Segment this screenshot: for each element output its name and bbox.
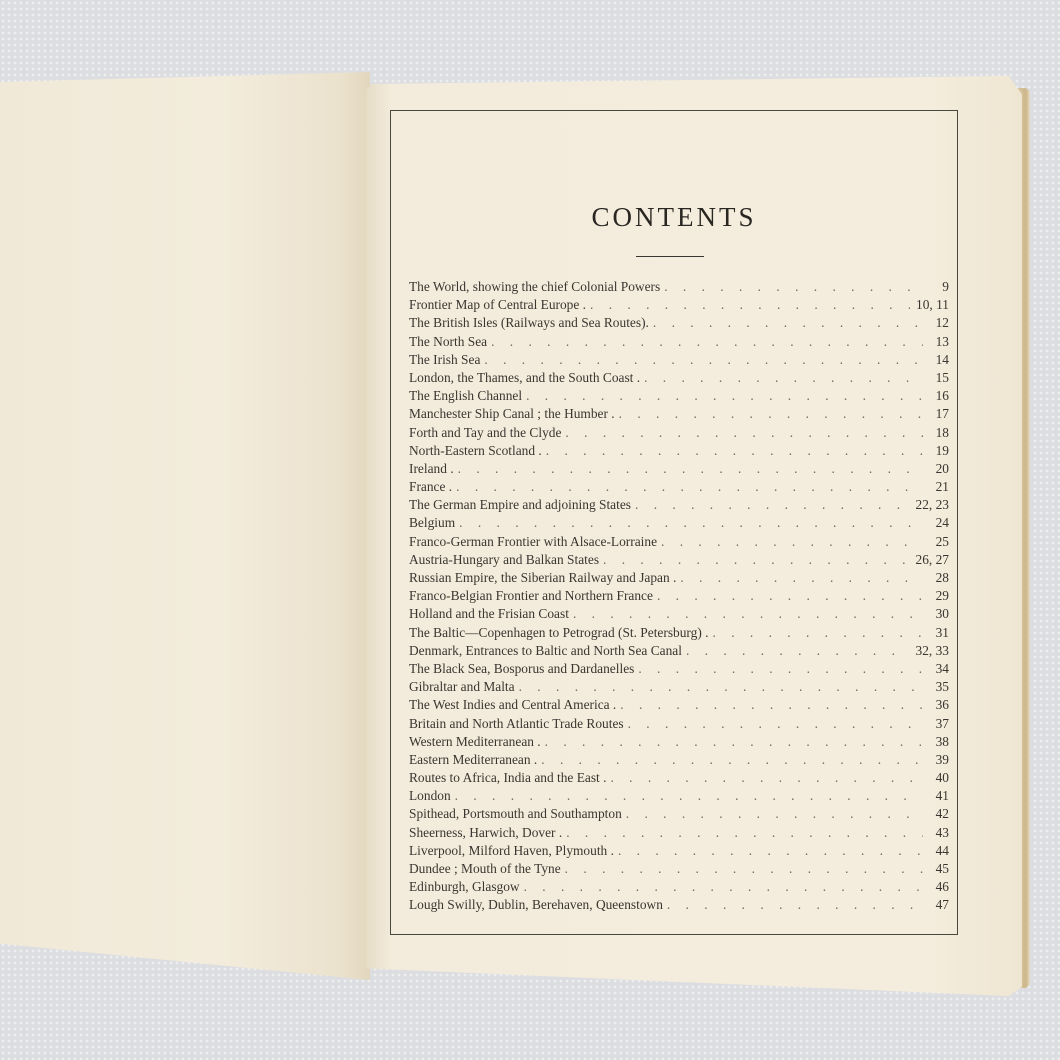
dot-leader (644, 369, 923, 387)
toc-entry-label: Austria-Hungary and Balkan States (409, 551, 603, 569)
dot-leader (565, 424, 923, 442)
toc-entry: Liverpool, Milford Haven, Plymouth .44 (409, 842, 949, 860)
toc-entry-label: Denmark, Entrances to Baltic and North S… (409, 642, 686, 660)
toc-entry-page-number: 10, 11 (910, 296, 949, 314)
toc-entry-page-number: 43 (923, 824, 949, 842)
toc-entry-page-number: 45 (923, 860, 949, 878)
toc-entry-label: The Baltic—Copenhagen to Petrograd (St. … (409, 624, 713, 642)
toc-entry: Manchester Ship Canal ; the Humber .17 (409, 405, 949, 423)
toc-entry: The Black Sea, Bosporus and Dardanelles3… (409, 660, 949, 678)
toc-entry-label: Sheerness, Harwich, Dover . (409, 824, 566, 842)
toc-entry-label: London (409, 787, 455, 805)
dot-leader (653, 314, 923, 332)
dot-leader (657, 587, 923, 605)
toc-entry: The English Channel16 (409, 387, 949, 405)
toc-entry-label: The German Empire and adjoining States (409, 496, 635, 514)
toc-entry-page-number: 21 (923, 478, 949, 496)
dot-leader (524, 878, 923, 896)
toc-entry: North-Eastern Scotland .19 (409, 442, 949, 460)
toc-entry-page-number: 13 (923, 333, 949, 351)
toc-entry-label: The West Indies and Central America . (409, 696, 620, 714)
toc-entry: Denmark, Entrances to Baltic and North S… (409, 642, 949, 660)
toc-entry: Sheerness, Harwich, Dover .43 (409, 824, 949, 842)
toc-entry-page-number: 14 (923, 351, 949, 369)
dot-leader (638, 660, 923, 678)
dot-leader (618, 842, 923, 860)
toc-entry-page-number: 37 (923, 715, 949, 733)
toc-entry-page-number: 46 (923, 878, 949, 896)
dot-leader (635, 496, 910, 514)
toc-entry-label: Britain and North Atlantic Trade Routes (409, 715, 628, 733)
toc-entry-page-number: 22, 23 (910, 496, 949, 514)
toc-entry: Routes to Africa, India and the East .40 (409, 769, 949, 787)
dot-leader (680, 569, 923, 587)
dot-leader (590, 296, 910, 314)
dot-leader (626, 805, 923, 823)
toc-entry-label: Ireland . (409, 460, 458, 478)
dot-leader (484, 351, 923, 369)
dot-leader (545, 733, 923, 751)
dot-leader (573, 605, 923, 623)
toc-entry-page-number: 28 (923, 569, 949, 587)
toc-entry-page-number: 42 (923, 805, 949, 823)
toc-entry-label: France . (409, 478, 456, 496)
toc-entry: Austria-Hungary and Balkan States26, 27 (409, 551, 949, 569)
contents-title: CONTENTS (390, 202, 958, 233)
toc-entry-label: Lough Swilly, Dublin, Berehaven, Queenst… (409, 896, 667, 914)
dot-leader (519, 678, 923, 696)
toc-entry-page-number: 41 (923, 787, 949, 805)
toc-entry-page-number: 39 (923, 751, 949, 769)
dot-leader (455, 787, 923, 805)
toc-entry-label: The Irish Sea (409, 351, 484, 369)
toc-entry: The North Sea13 (409, 333, 949, 351)
toc-entry-label: Gibraltar and Malta (409, 678, 519, 696)
toc-entry: Forth and Tay and the Clyde18 (409, 424, 949, 442)
toc-entry-page-number: 15 (923, 369, 949, 387)
toc-entry-page-number: 17 (923, 405, 949, 423)
toc-entry-label: Eastern Mediterranean . (409, 751, 541, 769)
toc-entry: The West Indies and Central America .36 (409, 696, 949, 714)
toc-entry-page-number: 44 (923, 842, 949, 860)
toc-entry-label: Russian Empire, the Siberian Railway and… (409, 569, 680, 587)
toc-entry-label: The World, showing the chief Colonial Po… (409, 278, 664, 296)
toc-entry-page-number: 38 (923, 733, 949, 751)
dot-leader (456, 478, 923, 496)
toc-entry-page-number: 35 (923, 678, 949, 696)
toc-entry: Franco-Belgian Frontier and Northern Fra… (409, 587, 949, 605)
toc-entry-page-number: 26, 27 (910, 551, 949, 569)
dot-leader (686, 642, 910, 660)
dot-leader (566, 824, 923, 842)
toc-entry-label: London, the Thames, and the South Coast … (409, 369, 644, 387)
toc-entry-label: Edinburgh, Glasgow (409, 878, 524, 896)
toc-entry-label: Holland and the Frisian Coast (409, 605, 573, 623)
toc-entry: The Baltic—Copenhagen to Petrograd (St. … (409, 624, 949, 642)
toc-entry-label: The British Isles (Railways and Sea Rout… (409, 314, 653, 332)
dot-leader (565, 860, 923, 878)
toc-entry: London, the Thames, and the South Coast … (409, 369, 949, 387)
toc-entry-page-number: 30 (923, 605, 949, 623)
dot-leader (667, 896, 923, 914)
dot-leader (526, 387, 923, 405)
toc-entry-page-number: 34 (923, 660, 949, 678)
toc-entry-label: Western Mediterranean . (409, 733, 545, 751)
dot-leader (664, 278, 923, 296)
dot-leader (491, 333, 923, 351)
toc-entry-page-number: 32, 33 (910, 642, 949, 660)
dot-leader (541, 751, 923, 769)
toc-entry: Lough Swilly, Dublin, Berehaven, Queenst… (409, 896, 949, 914)
toc-entry: Belgium24 (409, 514, 949, 532)
table-of-contents: The World, showing the chief Colonial Po… (409, 278, 949, 915)
toc-entry-page-number: 47 (923, 896, 949, 914)
toc-entry: The Irish Sea14 (409, 351, 949, 369)
toc-entry: Dundee ; Mouth of the Tyne45 (409, 860, 949, 878)
toc-entry-label: The North Sea (409, 333, 491, 351)
toc-entry: Gibraltar and Malta35 (409, 678, 949, 696)
toc-entry-label: North-Eastern Scotland . (409, 442, 546, 460)
toc-entry: Spithead, Portsmouth and Southampton42 (409, 805, 949, 823)
toc-entry-page-number: 24 (923, 514, 949, 532)
toc-entry-label: Forth and Tay and the Clyde (409, 424, 565, 442)
toc-entry-label: The English Channel (409, 387, 526, 405)
toc-entry: Britain and North Atlantic Trade Routes3… (409, 715, 949, 733)
dot-leader (713, 624, 924, 642)
toc-entry-label: The Black Sea, Bosporus and Dardanelles (409, 660, 638, 678)
toc-entry: Frontier Map of Central Europe .10, 11 (409, 296, 949, 314)
toc-entry-page-number: 19 (923, 442, 949, 460)
toc-entry-page-number: 18 (923, 424, 949, 442)
toc-entry-page-number: 31 (923, 624, 949, 642)
toc-entry-page-number: 29 (923, 587, 949, 605)
toc-entry: Russian Empire, the Siberian Railway and… (409, 569, 949, 587)
toc-entry-label: Spithead, Portsmouth and Southampton (409, 805, 626, 823)
toc-entry-page-number: 36 (923, 696, 949, 714)
dot-leader (619, 405, 923, 423)
toc-entry-page-number: 25 (923, 533, 949, 551)
toc-entry-label: Belgium (409, 514, 459, 532)
dot-leader (459, 514, 923, 532)
title-rule-divider (636, 256, 704, 257)
toc-entry: Franco-German Frontier with Alsace-Lorra… (409, 533, 949, 551)
toc-entry-page-number: 16 (923, 387, 949, 405)
toc-entry-page-number: 9 (923, 278, 949, 296)
toc-entry-label: Liverpool, Milford Haven, Plymouth . (409, 842, 618, 860)
toc-entry-label: Frontier Map of Central Europe . (409, 296, 590, 314)
toc-entry: Ireland .20 (409, 460, 949, 478)
left-blank-page (0, 72, 370, 980)
toc-entry-page-number: 20 (923, 460, 949, 478)
toc-entry-label: Dundee ; Mouth of the Tyne (409, 860, 565, 878)
toc-entry: Western Mediterranean .38 (409, 733, 949, 751)
toc-entry: Edinburgh, Glasgow46 (409, 878, 949, 896)
toc-entry-label: Franco-German Frontier with Alsace-Lorra… (409, 533, 661, 551)
toc-entry: Holland and the Frisian Coast30 (409, 605, 949, 623)
dot-leader (628, 715, 923, 733)
toc-entry: The German Empire and adjoining States22… (409, 496, 949, 514)
dot-leader (458, 460, 923, 478)
toc-entry-label: Franco-Belgian Frontier and Northern Fra… (409, 587, 657, 605)
toc-entry: France .21 (409, 478, 949, 496)
toc-entry-label: Routes to Africa, India and the East . (409, 769, 610, 787)
toc-entry: The British Isles (Railways and Sea Rout… (409, 314, 949, 332)
toc-entry: Eastern Mediterranean .39 (409, 751, 949, 769)
dot-leader (546, 442, 923, 460)
dot-leader (661, 533, 923, 551)
toc-entry-page-number: 40 (923, 769, 949, 787)
dot-leader (620, 696, 923, 714)
toc-entry: The World, showing the chief Colonial Po… (409, 278, 949, 296)
toc-entry: London41 (409, 787, 949, 805)
dot-leader (610, 769, 923, 787)
toc-entry-page-number: 12 (923, 314, 949, 332)
toc-entry-label: Manchester Ship Canal ; the Humber . (409, 405, 619, 423)
dot-leader (603, 551, 909, 569)
